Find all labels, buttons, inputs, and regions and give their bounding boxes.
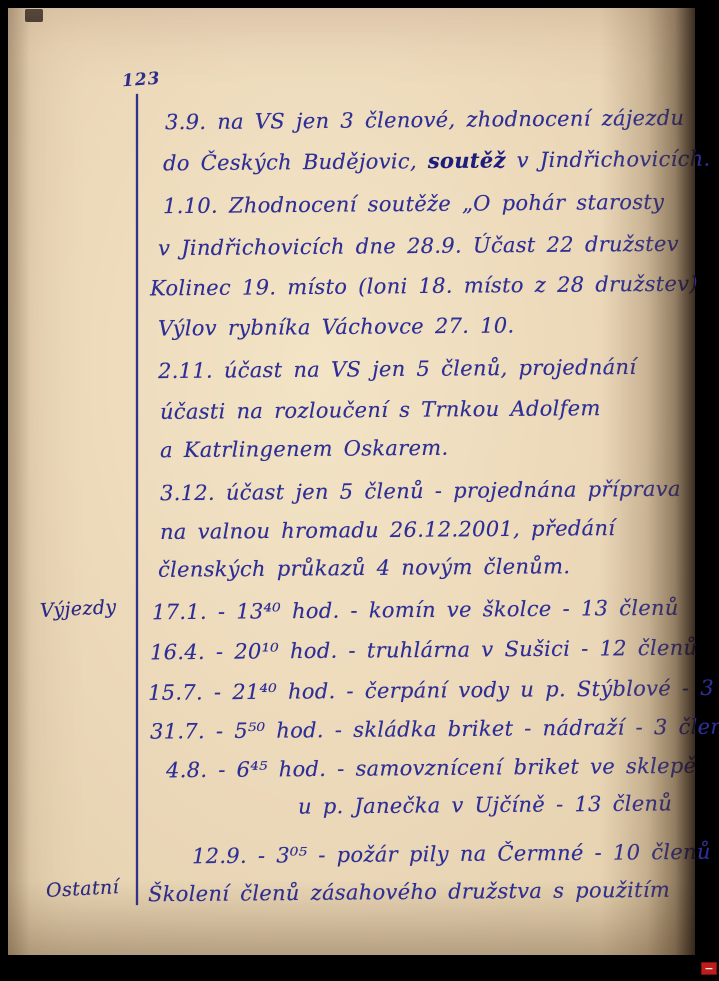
- entry-line: Kolinec 19. místo (loni 18. místo z 28 d…: [150, 272, 698, 301]
- corner-mark: [25, 9, 43, 22]
- entry-line: a Katrlingenem Oskarem.: [160, 436, 449, 463]
- entry-line: 3.12. účast jen 5 členů - projednána pří…: [160, 477, 681, 506]
- entry-line: 2.11. účast na VS jen 5 členů, projednán…: [158, 355, 637, 383]
- entry-line-part: v Jindřichovicích.: [506, 147, 711, 173]
- entry-line: 12.9. - 3⁰⁵ - požár pily na Čermné - 10 …: [192, 840, 711, 869]
- entry-line: Výlov rybníka Váchovce 27. 10.: [158, 313, 515, 340]
- entry-line: 31.7. - 5⁵⁰ hod. - skládka briket - nádr…: [150, 714, 719, 743]
- margin-label-vyjezdy: Výjezdy: [39, 596, 117, 622]
- entry-line: Školení členů zásahového družstva s použ…: [148, 878, 670, 907]
- page-number: 123: [121, 69, 161, 92]
- entry-line: u p. Janečka v Ujčíně - 13 členů: [298, 791, 672, 818]
- entry-line: 17.1. - 13⁴⁰ hod. - komín ve školce - 13…: [152, 596, 679, 625]
- margin-label-ostatni: Ostatní: [45, 876, 119, 902]
- entry-line: na valnou hromadu 26.12.2001, předání: [160, 516, 615, 544]
- entry-line: 1.10. Zhodnocení soutěže „O pohár staros…: [163, 190, 664, 218]
- scanned-chronicle-page: 123 3.9. na VS jen 3 členové, zhodnocení…: [0, 0, 719, 981]
- entry-line: do Českých Budějovic, soutěž v Jindřicho…: [163, 146, 711, 176]
- minus-badge-icon[interactable]: −: [701, 962, 717, 975]
- entry-line: 16.4. - 20¹⁰ hod. - truhlárna v Sušici -…: [150, 636, 697, 665]
- entry-line-part: do Českých Budějovic,: [163, 149, 428, 175]
- entry-line: v Jindřichovicích dne 28.9. Účast 22 dru…: [158, 232, 679, 261]
- entry-line: účasti na rozloučení s Trnkou Adolfem: [160, 396, 601, 424]
- entry-line: členských průkazů 4 novým členům.: [158, 554, 570, 582]
- entry-line: 4.8. - 6⁴⁵ hod. - samovznícení briket ve…: [166, 754, 697, 783]
- entry-line-emphasis: soutěž: [428, 147, 506, 173]
- entry-line: 3.9. na VS jen 3 členové, zhodnocení záj…: [165, 106, 684, 135]
- entry-line: 15.7. - 21⁴⁰ hod. - čerpání vody u p. St…: [148, 675, 719, 705]
- margin-rule-line: [136, 94, 138, 905]
